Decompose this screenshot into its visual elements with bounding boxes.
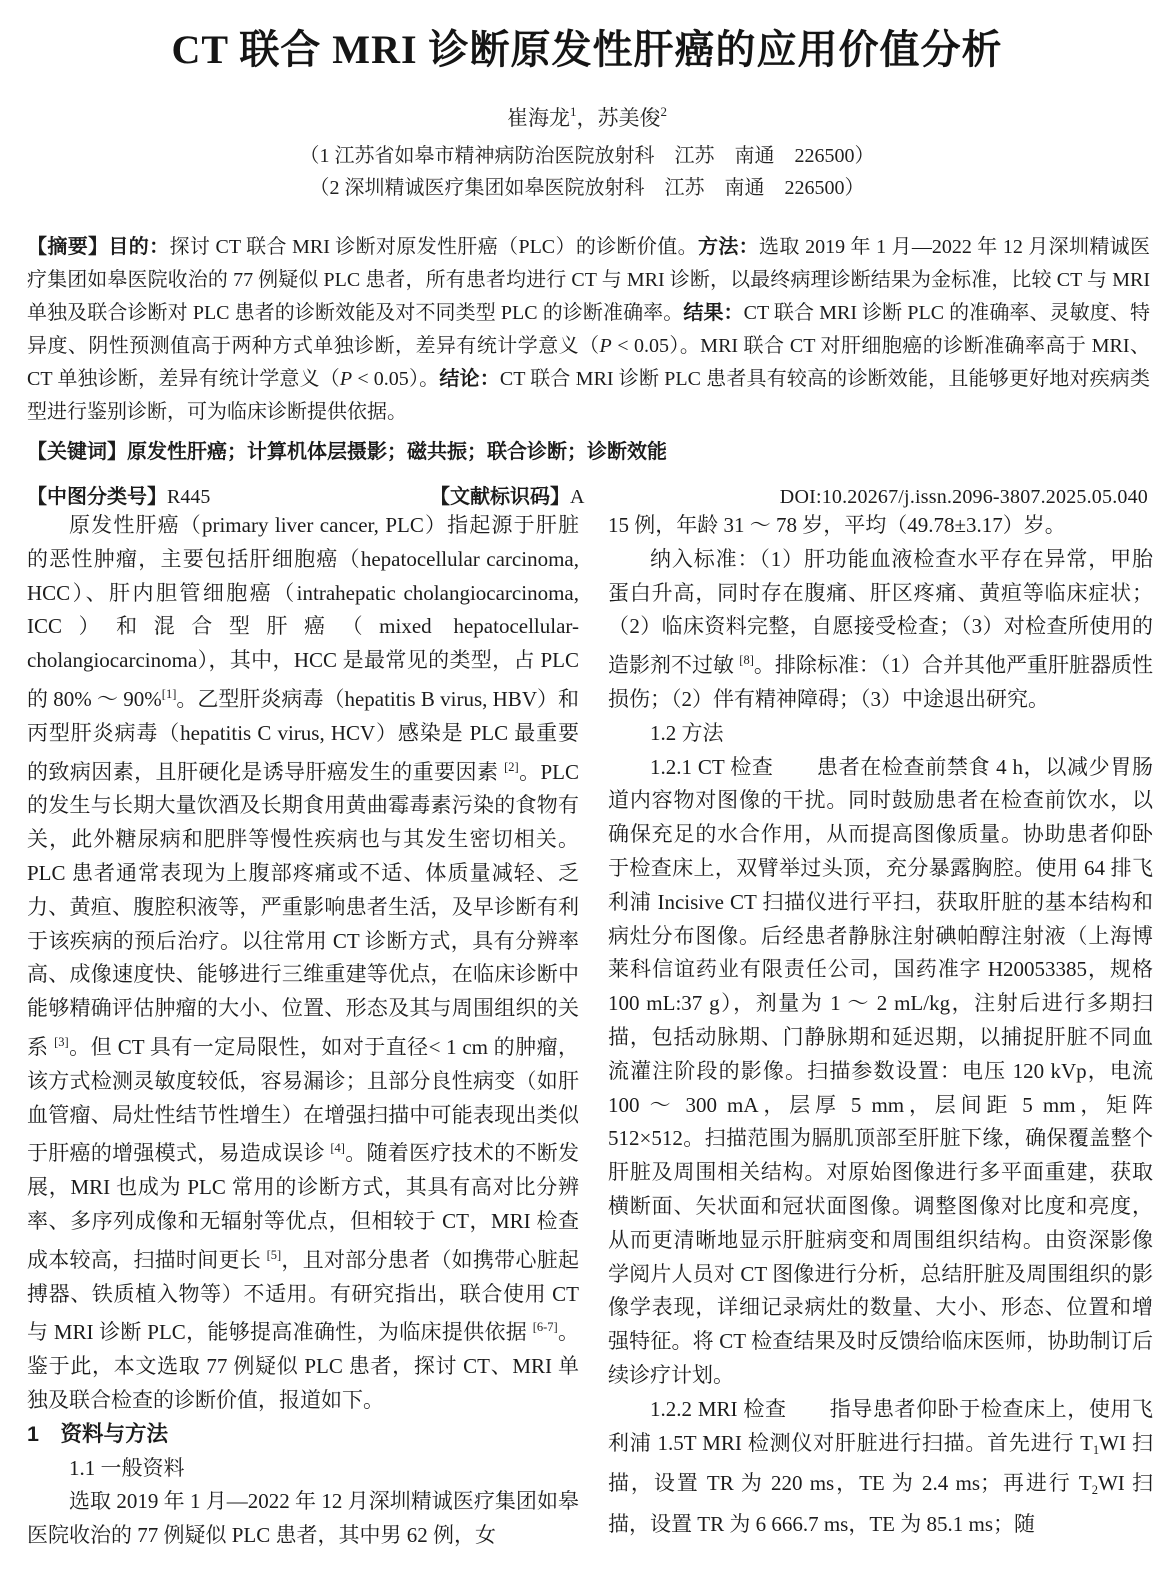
text-segment: 目的： xyxy=(108,236,169,258)
paper-page: CT 联合 MRI 诊断原发性肝癌的应用价值分析 崔海龙1，苏美俊2 （1 江苏… xyxy=(0,0,1174,1578)
section-heading: 1 资料与方法 xyxy=(27,1418,579,1452)
author-2-sup: 2 xyxy=(661,104,668,119)
abstract-paragraph: 【摘要】目的：探讨 CT 联合 MRI 诊断对原发性肝癌（PLC）的诊断价值。方… xyxy=(27,231,1150,429)
text-segment: 1.1 一般资料 xyxy=(69,1456,185,1480)
affiliation-1: （1 江苏省如皋市精神病防治医院放射科 江苏 南通 226500） xyxy=(0,140,1174,172)
text-segment: 原发性肝癌（primary liver cancer, PLC）指起源于肝脏的恶… xyxy=(27,513,579,711)
subsection-heading: 1.1 一般资料 xyxy=(27,1452,579,1486)
keywords-text: 原发性肝癌；计算机体层摄影；磁共振；联合诊断；诊断效能 xyxy=(127,441,667,463)
text-segment: 。PLC 的发生与长期大量饮酒及长期食用黄曲霉毒素污染的食物有关，此外糖尿病和肥… xyxy=(27,760,579,1059)
clc-value: R445 xyxy=(167,486,210,508)
text-segment: [6-7] xyxy=(533,1320,558,1334)
keywords-label: 【关键词】 xyxy=(27,441,127,463)
text-segment: P xyxy=(600,335,612,357)
text-segment: < 0.05）。 xyxy=(352,368,439,390)
text-segment: 结论： xyxy=(439,368,500,390)
page-title: CT 联合 MRI 诊断原发性肝癌的应用价值分析 xyxy=(0,18,1174,75)
text-segment: [3] xyxy=(54,1035,69,1049)
text-segment: [5] xyxy=(267,1248,282,1262)
meta-line: 【中图分类号】R445 【文献标识码】A DOI:10.20267/j.issn… xyxy=(27,481,1150,511)
affiliations-block: （1 江苏省如皋市精神病防治医院放射科 江苏 南通 226500） （2 深圳精… xyxy=(0,140,1174,204)
text-segment: 【摘要】 xyxy=(27,236,108,258)
text-segment: [4] xyxy=(330,1141,345,1155)
body-paragraph: 15 例，年龄 31 ～ 78 岁，平均（49.78±3.17）岁。 xyxy=(608,509,1153,543)
body-column-left: 原发性肝癌（primary liver cancer, PLC）指起源于肝脏的恶… xyxy=(27,509,579,1572)
text-segment: 1 资料与方法 xyxy=(27,1422,168,1446)
text-segment: [2] xyxy=(504,760,519,774)
author-1-name: 崔海龙 xyxy=(507,106,570,130)
body-paragraph: 纳入标准：（1）肝功能血液检查水平存在异常，甲胎蛋白升高，同时存在腹痛、肝区疼痛… xyxy=(608,543,1153,717)
text-segment: 1.2.1 CT 检查 患者在检查前禁食 4 h，以减少胃肠道内容物对图像的干扰… xyxy=(608,755,1153,1387)
text-segment: P xyxy=(340,368,352,390)
body-paragraph: 1.2.1 CT 检查 患者在检查前禁食 4 h，以减少胃肠道内容物对图像的干扰… xyxy=(608,751,1153,1393)
body-paragraph: 选取 2019 年 1 月—2022 年 12 月深圳精诚医疗集团如皋医院收治的… xyxy=(27,1485,579,1553)
body-paragraph: 原发性肝癌（primary liver cancer, PLC）指起源于肝脏的恶… xyxy=(27,509,579,1418)
authors-line: 崔海龙1，苏美俊2 xyxy=(0,102,1174,132)
abstract-block: 【摘要】目的：探讨 CT 联合 MRI 诊断对原发性肝癌（PLC）的诊断价值。方… xyxy=(27,231,1150,511)
text-segment: 1.2.2 MRI 检查 指导患者仰卧于检查床上，使用飞利浦 1.5T MRI … xyxy=(608,1397,1153,1455)
affiliation-2: （2 深圳精诚医疗集团如皋医院放射科 江苏 南通 226500） xyxy=(0,172,1174,204)
doc-code-value: A xyxy=(570,486,584,508)
text-segment: [8] xyxy=(739,653,754,667)
body-paragraph: 1.2.2 MRI 检查 指导患者仰卧于检查床上，使用飞利浦 1.5T MRI … xyxy=(608,1393,1153,1542)
text-segment: 方法： xyxy=(698,236,759,258)
text-segment: 选取 2019 年 1 月—2022 年 12 月深圳精诚医疗集团如皋医院收治的… xyxy=(27,1489,579,1547)
doc-code-label: 【文献标识码】 xyxy=(430,486,570,508)
author-2-name: 苏美俊 xyxy=(598,106,661,130)
clc-label: 【中图分类号】 xyxy=(27,486,167,508)
subsection-heading: 1.2 方法 xyxy=(608,717,1153,751)
authors-separator: ， xyxy=(577,106,598,130)
text-segment: 15 例，年龄 31 ～ 78 岁，平均（49.78±3.17）岁。 xyxy=(608,513,1066,537)
keywords-line: 【关键词】原发性肝癌；计算机体层摄影；磁共振；联合诊断；诊断效能 xyxy=(27,437,1150,467)
text-segment: 结果： xyxy=(683,302,743,324)
body-column-right: 15 例，年龄 31 ～ 78 岁，平均（49.78±3.17）岁。纳入标准：（… xyxy=(608,509,1153,1572)
text-segment: 1.2 方法 xyxy=(650,721,724,745)
text-segment: [1] xyxy=(162,687,177,701)
text-segment: 探讨 CT 联合 MRI 诊断对原发性肝癌（PLC）的诊断价值。 xyxy=(169,236,697,258)
